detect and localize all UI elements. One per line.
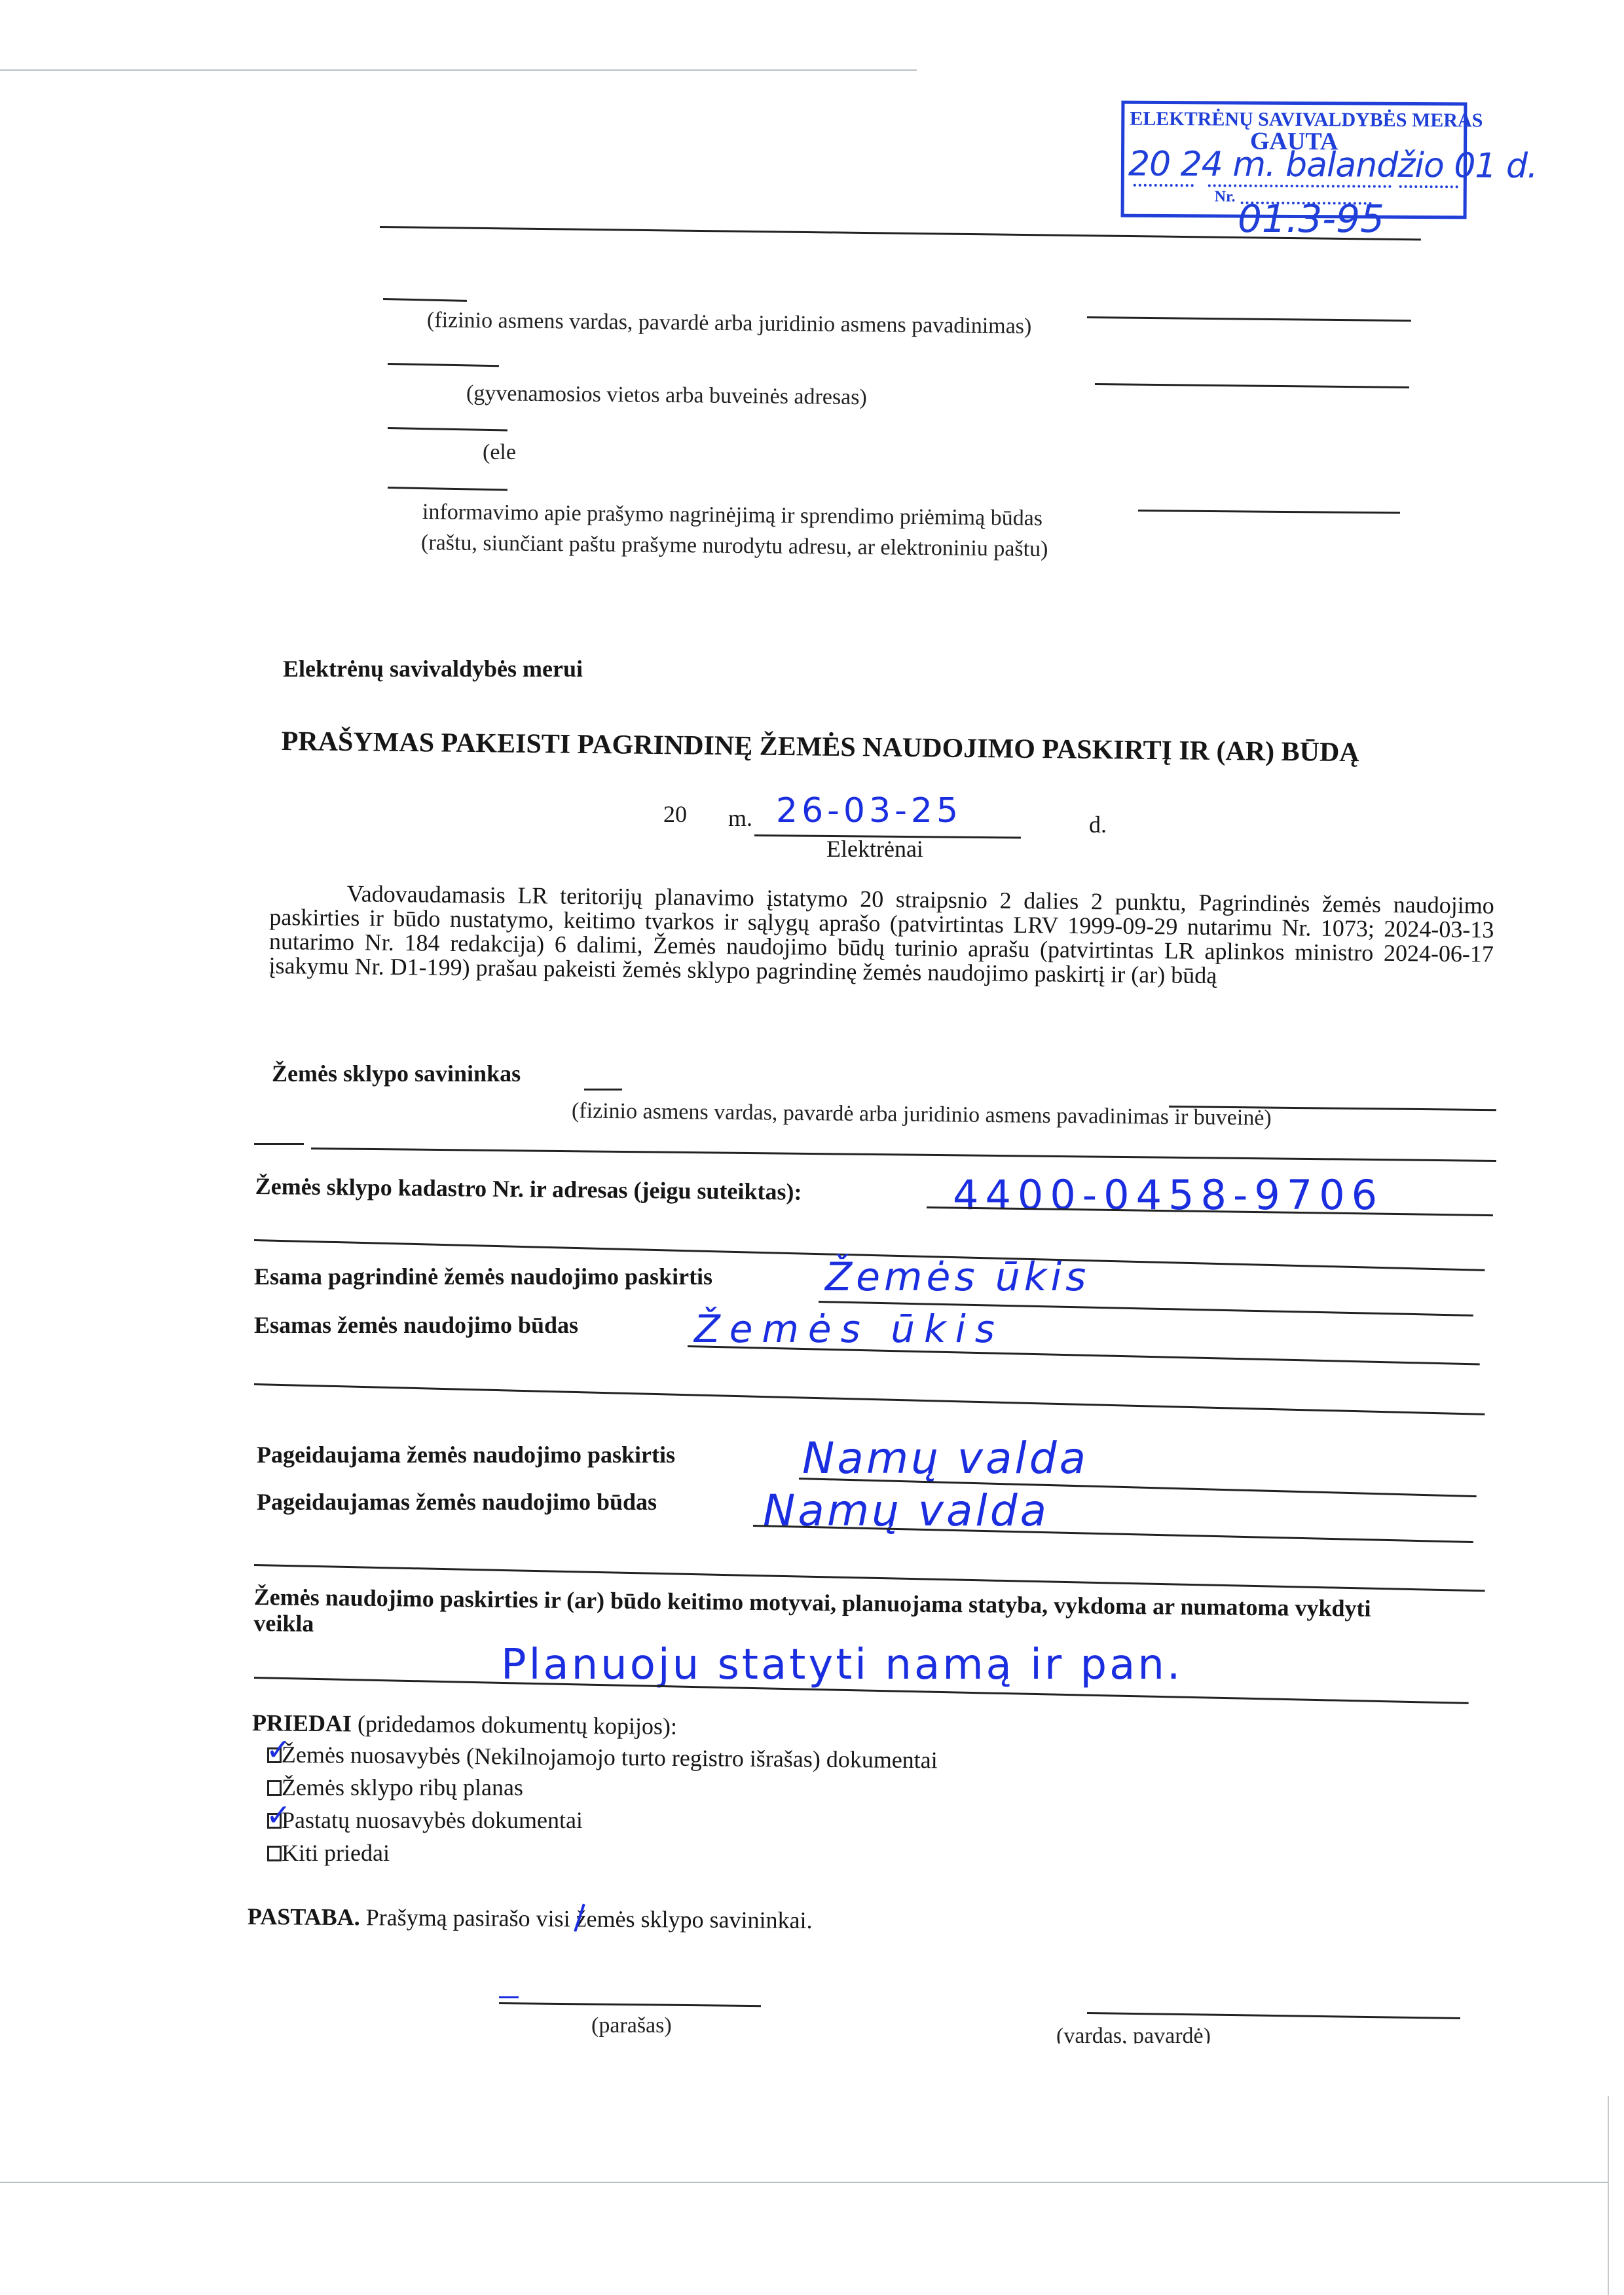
owner-line-main — [311, 1147, 1496, 1162]
date-place: Elektrėnai — [826, 835, 923, 863]
attachments-heading-rest: (pridedamos dokumentų kopijos): — [358, 1711, 677, 1740]
document-title: PRAŠYMAS PAKEISTI PAGRINDINĘ ŽEMĖS NAUDO… — [281, 726, 1359, 768]
existing-method-underline — [688, 1345, 1480, 1365]
date-d-label: d. — [1089, 811, 1107, 838]
existing-bottom-line — [254, 1383, 1485, 1415]
desired-purpose-value: Namų valda — [802, 1433, 1088, 1483]
applicant-address-line-right — [1095, 383, 1409, 388]
applicant-name-line-right — [1087, 316, 1411, 322]
existing-method-label: Esamas žemės naudojimo būdas — [254, 1311, 578, 1339]
cadastre-label: Žemės sklypo kadastro Nr. ir adresas (je… — [255, 1172, 802, 1206]
owner-caption: (fizinio asmens vardas, pavardė arba jur… — [572, 1098, 1272, 1130]
signature-mark — [499, 1996, 519, 2009]
date-year-prefix: 20 — [663, 800, 687, 828]
applicant-address-line-left — [388, 363, 499, 367]
legal-basis-paragraph: Vadovaudamasis LR teritorijų planavimo į… — [268, 881, 1494, 991]
stamp-day-line — [1399, 185, 1458, 188]
applicant-name-line-left — [383, 298, 467, 302]
date-m-label: m. — [728, 804, 752, 832]
attachment-checkbox-1[interactable] — [267, 1780, 282, 1796]
applicant-email-caption: (ele — [483, 440, 516, 465]
owner-line-left — [254, 1143, 304, 1145]
attachment-checkbox-3[interactable] — [267, 1846, 282, 1861]
desired-purpose-label: Pageidaujama žemės naudojimo paskirtis — [257, 1441, 675, 1468]
name-caption: (vardas, pavardė) — [1056, 2024, 1211, 2043]
note-text: Prašymą pasirašo visi žemės sklypo savin… — [366, 1904, 813, 1933]
scan-edge-top — [0, 69, 917, 71]
existing-purpose-label: Esama pagrindinė žemės naudojimo paskirt… — [254, 1263, 712, 1290]
stamp-nr-handwritten: 01.3-95 — [1238, 196, 1384, 241]
motives-label: Žemės naudojimo paskirties ir (ar) būdo … — [253, 1584, 1380, 1648]
notification-line-left — [388, 487, 507, 491]
owner-label: Žemės sklypo savininkas — [272, 1060, 521, 1087]
attachment-label-3: Kiti priedai — [282, 1839, 390, 1867]
stamp-nr-label: Nr. — [1215, 188, 1236, 206]
date-handwritten: 26-03-25 — [776, 791, 962, 830]
notification-line-right — [1138, 510, 1400, 513]
attachment-label-1: Žemės sklypo ribų planas — [282, 1774, 523, 1801]
applicant-email-line — [388, 427, 507, 432]
motives-label-text: Žemės naudojimo paskirties ir (ar) būdo … — [253, 1584, 1371, 1637]
attachment-label-2: Pastatų nuosavybės dokumentai — [282, 1806, 583, 1834]
existing-purpose-value: Žemės ūkis — [825, 1254, 1090, 1300]
scan-edge-right — [1608, 2096, 1609, 2295]
motives-value: Planuoju statyti namą ir pan. — [501, 1641, 1183, 1689]
scan-edge-bottom — [0, 2182, 1608, 2183]
existing-method-value: Žemės ūkis — [694, 1307, 1004, 1351]
note-label: PASTABA. — [248, 1903, 360, 1930]
desired-method-label: Pageidaujamas žemės naudojimo būdas — [257, 1488, 657, 1516]
note: PASTABA. Prašymą pasirašo visi žemės skl… — [248, 1903, 813, 1934]
name-line — [1087, 2012, 1460, 2019]
attachment-label-0: Žemės nuosavybės (Nekilnojamojo turto re… — [282, 1741, 938, 1774]
signature-line — [499, 2002, 761, 2007]
stamp-date-handwritten: 20 24 m. balandžio 01 d. — [1128, 145, 1538, 186]
stamp-date-line — [1134, 184, 1194, 187]
addressee: Elektrėnų savivaldybės merui — [283, 655, 583, 682]
applicant-address-caption: (gyvenamosios vietos arba buveinės adres… — [466, 381, 867, 410]
notification-caption-line2: (raštu, siunčiant paštu prašyme nurodytu… — [421, 531, 1048, 562]
owner-line-short — [584, 1089, 622, 1091]
applicant-name-caption: (fizinio asmens vardas, pavardė arba jur… — [427, 308, 1032, 339]
attachments-heading: PRIEDAI (pridedamos dokumentų kopijos): — [252, 1709, 677, 1740]
legal-basis-text: Vadovaudamasis LR teritorijų planavimo į… — [268, 881, 1494, 991]
signature-caption: (parašas) — [591, 2013, 672, 2038]
notification-caption-line1: informavimo apie prašymo nagrinėjimą ir … — [422, 500, 1043, 531]
